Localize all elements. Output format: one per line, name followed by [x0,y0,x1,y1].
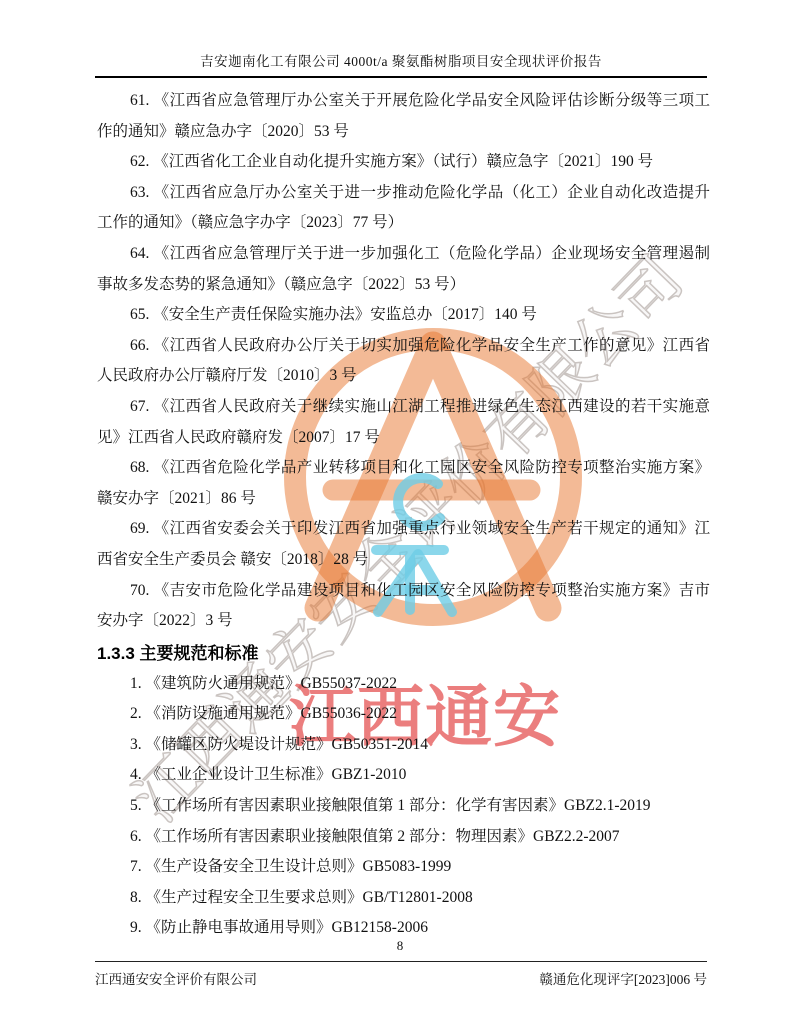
report-title: 吉安迦南化工有限公司 4000t/a 聚氨酯树脂项目安全现状评价报告 [95,50,707,70]
regulation-item-64: 64. 《江西省应急管理厅关于进一步加强化工（危险化学品）企业现场安全管理遏制事… [97,239,710,300]
page-body: 61. 《江西省应急管理厅办公室关于开展危险化学品安全风险评估诊断分级等三项工作… [97,86,710,944]
standard-item-8: 8. 《生产过程安全卫生要求总则》GB/T12801-2008 [97,883,710,914]
footer-company: 江西通安安全评价有限公司 [95,968,257,988]
standard-item-2: 2. 《消防设施通用规范》GB55036-2022 [97,699,710,730]
page-footer: 江西通安安全评价有限公司 赣通危化现评字[2023]006 号 [95,961,707,988]
standard-item-3: 3. 《储罐区防火堤设计规范》GB50351-2014 [97,730,710,761]
standard-item-1: 1. 《建筑防火通用规范》GB55037-2022 [97,669,710,700]
regulation-item-68: 68. 《江西省危险化学品产业转移项目和化工园区安全风险防控专项整治实施方案》赣… [97,453,710,514]
standard-item-6: 6. 《工作场所有害因素职业接触限值第 2 部分：物理因素》GBZ2.2-200… [97,822,710,853]
report-page: 江西通安安全评价有限公司 江西通安 吉安迦南化工有限公司 4000t/a 聚氨酯… [0,0,800,1035]
standard-item-4: 4. 《工业企业设计卫生标准》GBZ1-2010 [97,760,710,791]
regulation-item-61: 61. 《江西省应急管理厅办公室关于开展危险化学品安全风险评估诊断分级等三项工作… [97,86,710,147]
section-heading-1-3-3: 1.3.3 主要规范和标准 [97,638,710,669]
page-header: 吉安迦南化工有限公司 4000t/a 聚氨酯树脂项目安全现状评价报告 [95,0,707,78]
regulation-item-70: 70. 《吉安市危险化学品建设项目和化工园区安全风险防控专项整治实施方案》吉市安… [97,576,710,637]
regulation-item-66: 66. 《江西省人民政府办公厅关于切实加强危险化学品安全生产工作的意见》江西省人… [97,331,710,392]
standard-item-5: 5. 《工作场所有害因素职业接触限值第 1 部分：化学有害因素》GBZ2.1-2… [97,791,710,822]
standard-item-7: 7. 《生产设备安全卫生设计总则》GB5083-1999 [97,852,710,883]
page-number: 8 [0,938,800,954]
regulation-item-62: 62. 《江西省化工企业自动化提升实施方案》（试行）赣应急字〔2021〕190 … [97,147,710,178]
regulation-item-69: 69. 《江西省安委会关于印发江西省加强重点行业领域安全生产若干规定的通知》江西… [97,514,710,575]
regulation-item-65: 65. 《安全生产责任保险实施办法》安监总办〔2017〕140 号 [97,300,710,331]
regulation-item-63: 63. 《江西省应急厅办公室关于进一步推动危险化学品（化工）企业自动化改造提升工… [97,178,710,239]
regulation-item-67: 67. 《江西省人民政府关于继续实施山江湖工程推进绿色生态江西建设的若干实施意见… [97,392,710,453]
footer-doc-number: 赣通危化现评字[2023]006 号 [539,968,707,988]
